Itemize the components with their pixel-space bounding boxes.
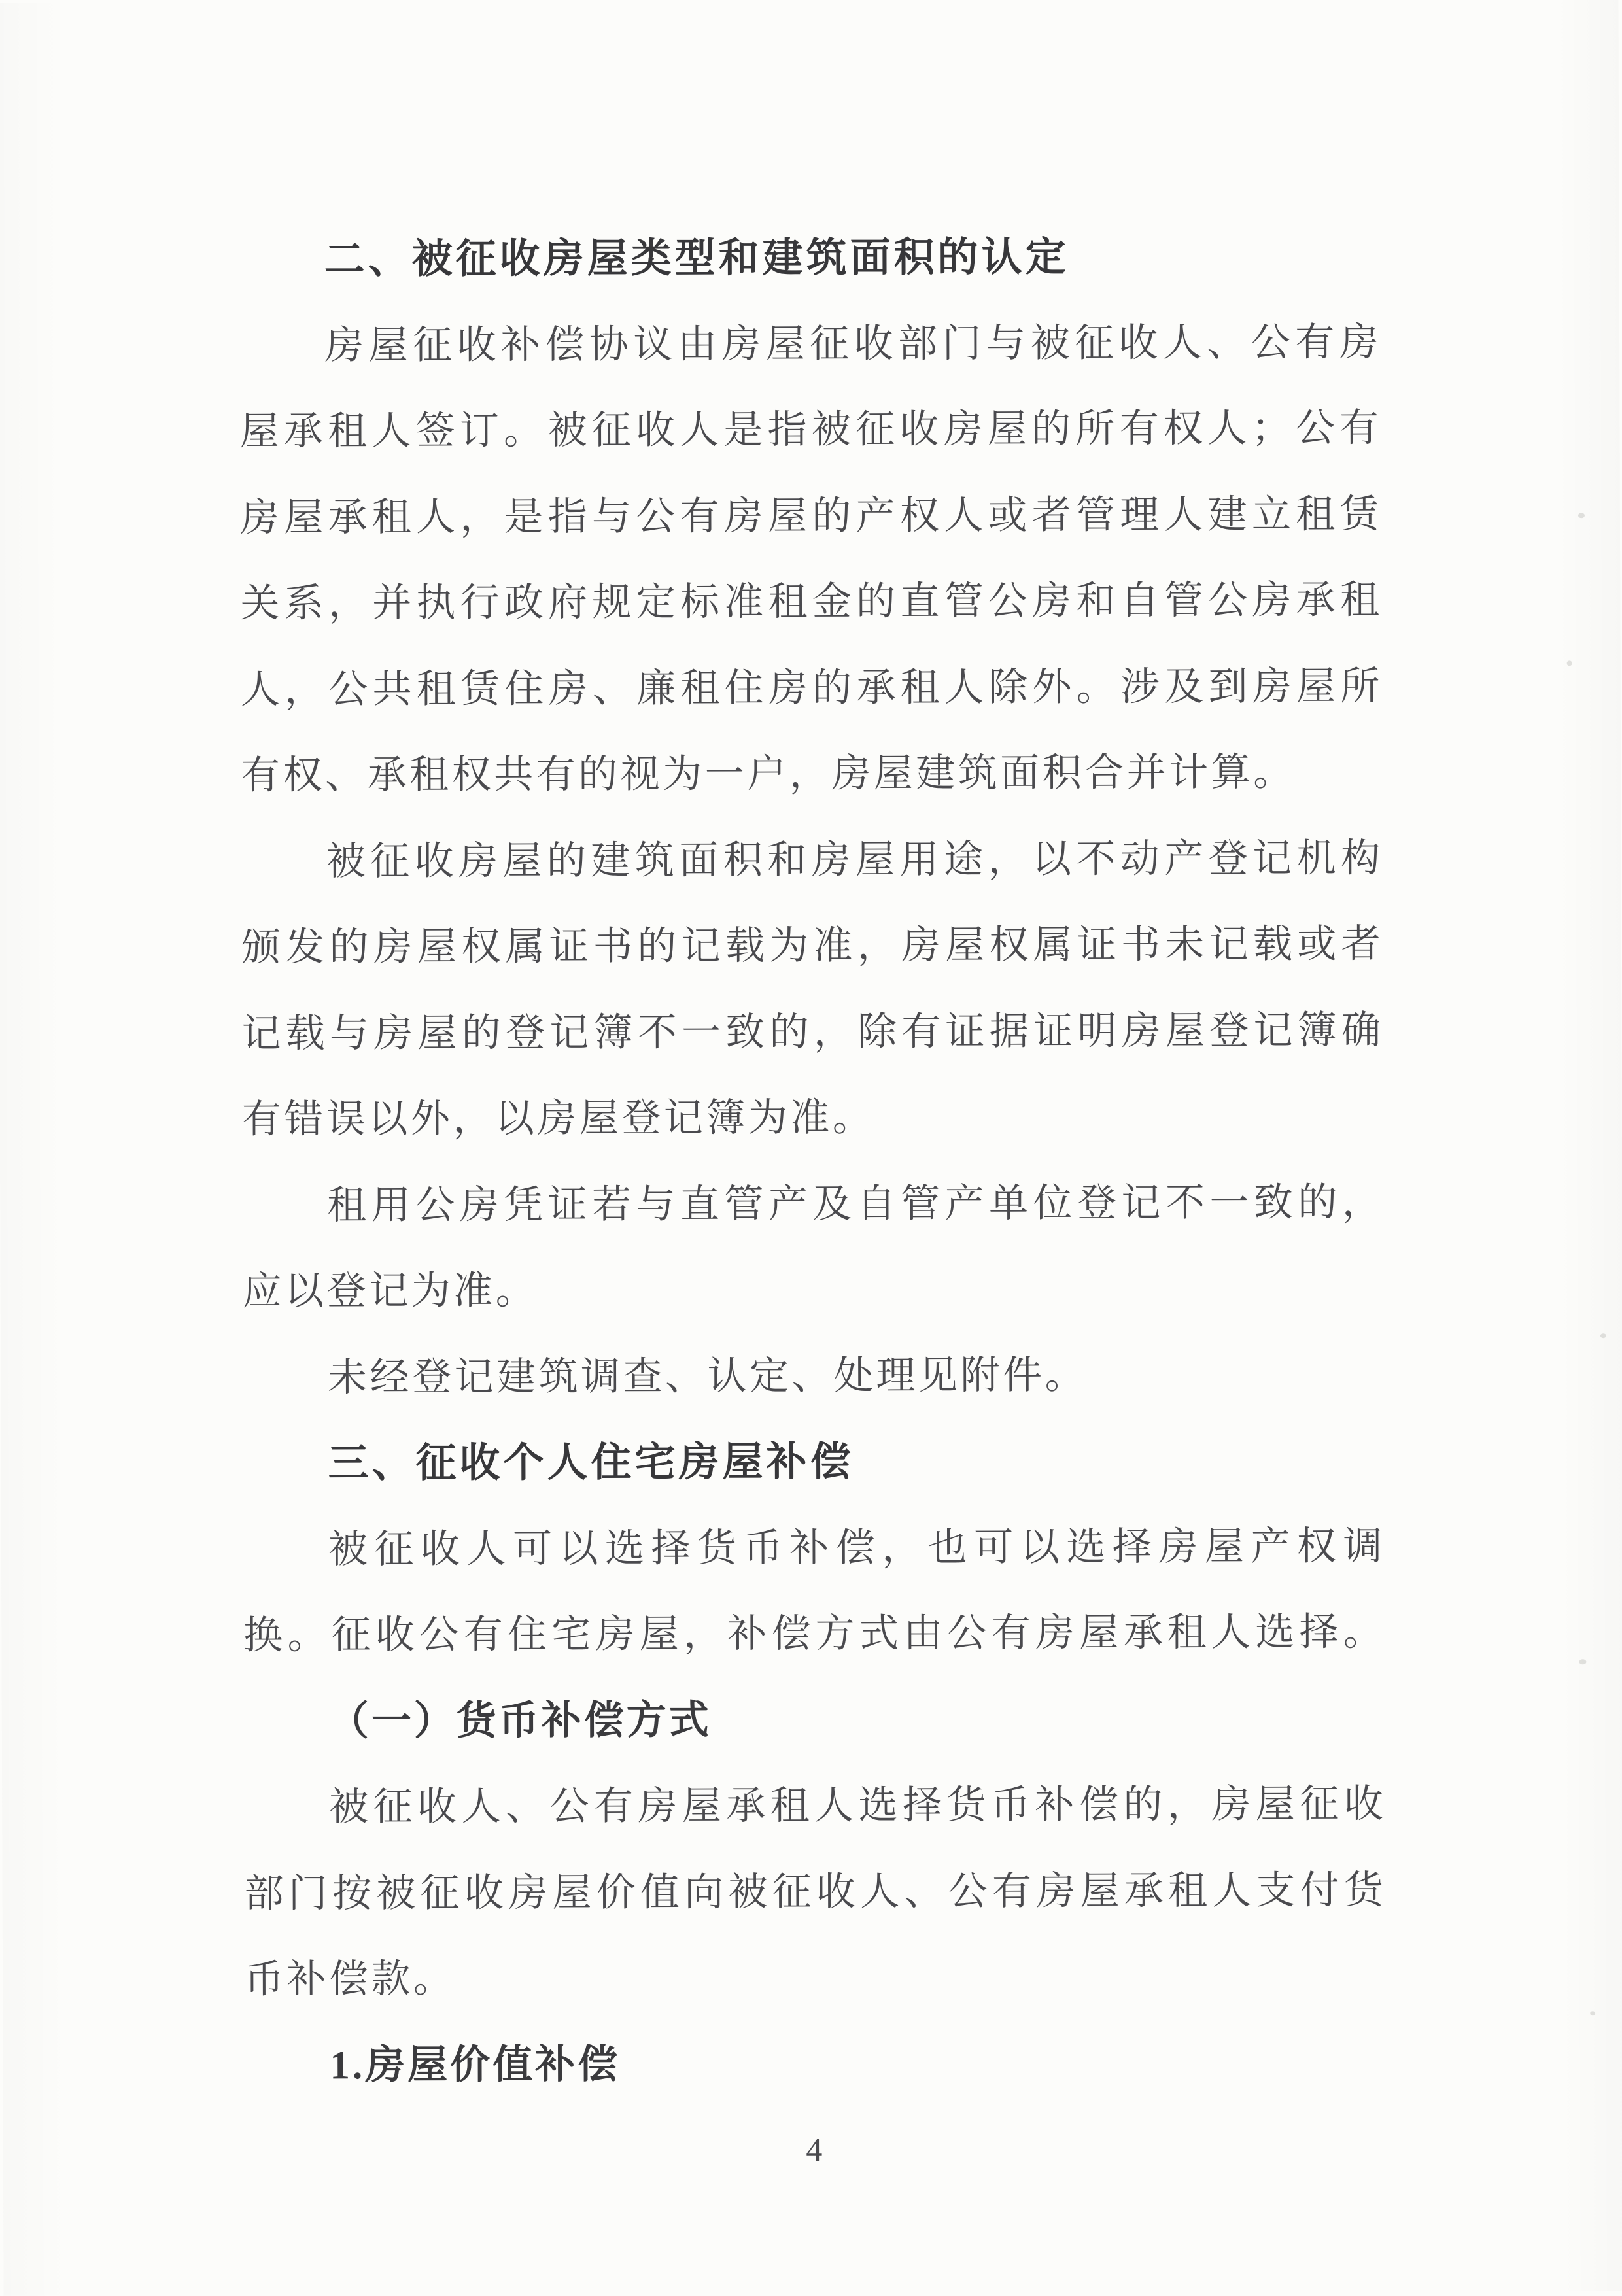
paragraph-line: 人，公共租赁住房、廉租住房的承租人除外。涉及到房屋所 (241, 643, 1383, 733)
scan-speck (1590, 2011, 1595, 2015)
scan-speck (1578, 513, 1585, 518)
numbered-heading-house-value: 1.房屋价值补偿 (245, 2019, 1387, 2109)
paragraph-line: 被征收房屋的建筑面积和房屋用途，以不动产登记机构 (241, 815, 1383, 905)
document-page: 二、被征收房屋类型和建筑面积的认定 房屋征收补偿协议由房屋征收部门与被征收人、公… (0, 0, 1622, 2293)
paragraph-line: 房屋征收补偿协议由房屋征收部门与被征收人、公有房 (239, 300, 1381, 389)
paragraph-line: 关系，并执行政府规定标准租金的直管公房和自管公房承租 (240, 557, 1382, 647)
paragraph-line: 记载与房屋的登记簿不一致的，除有证据证明房屋登记簿确 (241, 987, 1383, 1077)
section-heading-3: 三、征收个人住宅房屋补偿 (243, 1417, 1385, 1507)
paragraph-line: 被征收人可以选择货币补偿，也可以选择房屋产权调 (243, 1503, 1385, 1593)
paragraph-line: 屋承租人签订。被征收人是指被征收房屋的所有权人；公有 (239, 385, 1381, 475)
paragraph-line: 被征收人、公有房屋承租人选择货币补偿的，房屋征收 (244, 1761, 1386, 1851)
paragraph-line: 有权、承租权共有的视为一户，房屋建筑面积合并计算。 (241, 729, 1383, 819)
paragraph-line: 应以登记为准。 (242, 1245, 1384, 1335)
section-heading-2: 二、被征收房屋类型和建筑面积的认定 (239, 213, 1381, 303)
paragraph-line: 房屋承租人，是指与公有房屋的产权人或者管理人建立租赁 (240, 471, 1382, 561)
paragraph-line: 租用公房凭证若与直管产及自管产单位登记不一致的， (242, 1159, 1384, 1249)
scanned-document-screenshot: { "page": { "number": "4" }, "colors": {… (0, 0, 1622, 2293)
document-text-block: 二、被征收房屋类型和建筑面积的认定 房屋征收补偿协议由房屋征收部门与被征收人、公… (239, 213, 1387, 2108)
sub-heading-monetary-compensation: （一）货币补偿方式 (244, 1675, 1386, 1765)
paragraph-line: 未经登记建筑调查、认定、处理见附件。 (243, 1331, 1385, 1421)
paragraph-line: 颁发的房屋权属证书的记载为准，房屋权属证书未记载或者 (241, 901, 1383, 991)
page-number: 4 (3, 2131, 1622, 2168)
paragraph-line: 部门按被征收房屋价值向被征收人、公有房屋承租人支付货 (244, 1847, 1386, 1937)
paragraph-line: 币补偿款。 (245, 1933, 1387, 2023)
scan-speck (1579, 1659, 1586, 1664)
paragraph-line: 换。征收公有住宅房屋，补偿方式由公有房屋承租人选择。 (243, 1589, 1385, 1679)
scan-speck (1567, 660, 1572, 666)
scan-speck (1600, 1333, 1606, 1338)
paragraph-line: 有错误以外，以房屋登记簿为准。 (242, 1073, 1384, 1163)
